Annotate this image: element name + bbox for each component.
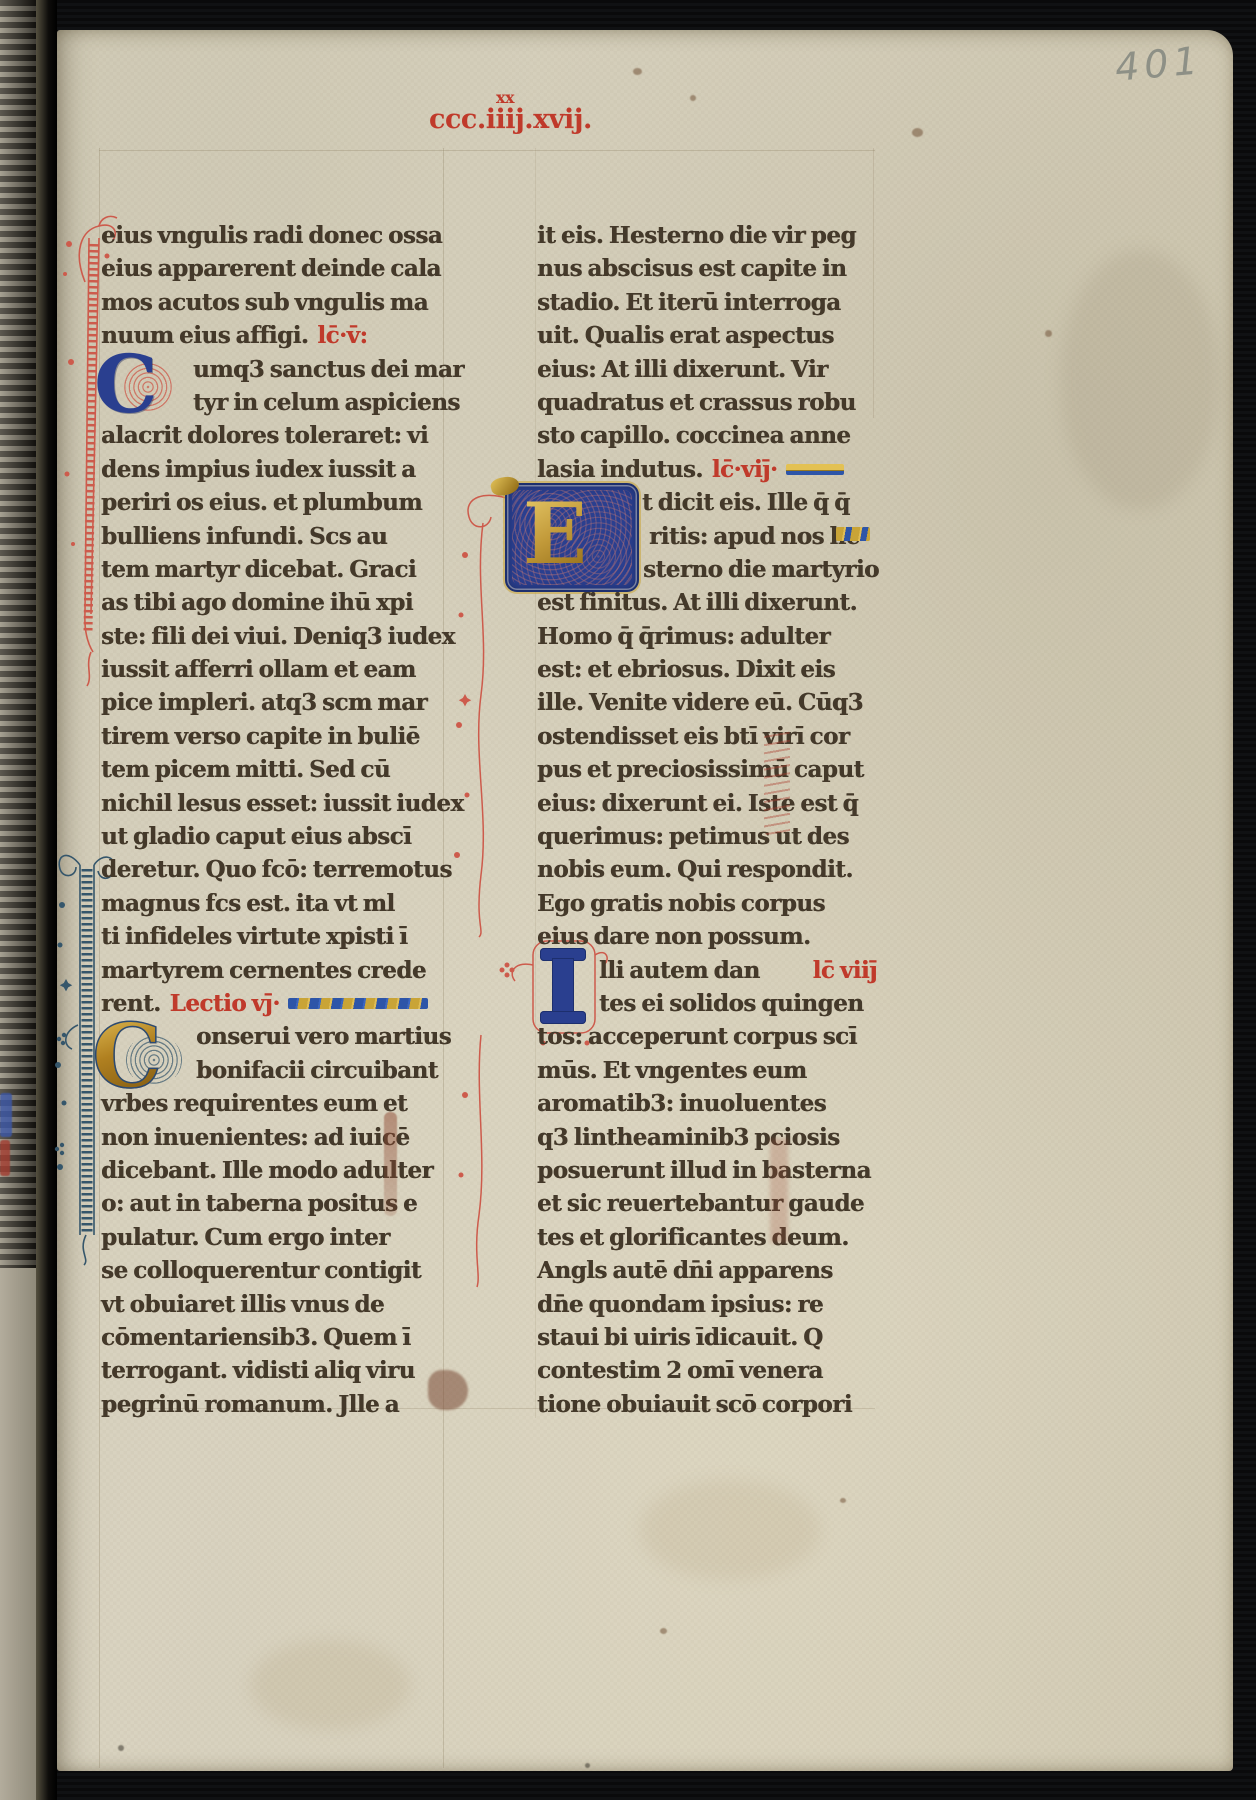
text-line: dn̄e quondam ipsius: re bbox=[537, 1288, 877, 1321]
gothic-text: eius apparerent deinde cala bbox=[101, 252, 441, 285]
heading-prefix: ccc. bbox=[429, 104, 486, 135]
facing-page-blue-initial-speck bbox=[0, 1093, 12, 1137]
text-line: nuum eius affigi.lc̄·v̄: bbox=[101, 319, 441, 352]
text-line: bulliens infundi. Scs au bbox=[101, 520, 441, 553]
manuscript-page: ccc. xx iiij .xvij. 401 bbox=[57, 30, 1233, 1771]
text-line: it eis. Hesterno die vir peg bbox=[537, 219, 877, 252]
text-line: rent.Lectio vj̄· bbox=[101, 987, 441, 1020]
text-line: posuerunt illud in basterna bbox=[537, 1154, 877, 1187]
gothic-text: alacrit dolores toleraret: vi bbox=[101, 419, 428, 452]
gothic-text: it eis. Hesterno die vir peg bbox=[537, 219, 856, 252]
gothic-text: onserui vero martius bbox=[196, 1020, 451, 1053]
gothic-text: est: et ebriosus. Dixit eis bbox=[537, 653, 835, 686]
gothic-text: q3 lintheaminib3 pciosis bbox=[537, 1121, 840, 1154]
text-line: nichil lesus esset: iussit iudex bbox=[101, 787, 441, 820]
text-line: contestim 2 omī venera bbox=[537, 1354, 877, 1387]
gothic-text: umq3 sanctus dei mar bbox=[193, 353, 464, 386]
gothic-text: periri os eius. et plumbum bbox=[101, 486, 422, 519]
gothic-text: sto capillo. coccinea anne bbox=[537, 419, 850, 452]
gothic-text: pice impleri. atq3 scm mar bbox=[101, 686, 427, 719]
gothic-text: nuum eius affigi. bbox=[101, 319, 308, 352]
text-line: o: aut in taberna positus e bbox=[101, 1187, 441, 1220]
text-line: Angls autē dn̄i apparens bbox=[537, 1254, 877, 1287]
gothic-text: tes et glorificantes deum. bbox=[537, 1221, 849, 1254]
gothic-text: cōmentariensib3. Quem ī bbox=[101, 1321, 411, 1354]
text-line: tione obuiauit scō corpori bbox=[537, 1388, 877, 1421]
text-line: sto capillo. coccinea anne bbox=[537, 419, 877, 452]
text-line: et sic reuertebantur gaude bbox=[537, 1187, 877, 1220]
gothic-text: deretur. Quo fcō: terremotus bbox=[101, 853, 452, 886]
gothic-text: aromatib3: inuoluentes bbox=[537, 1087, 826, 1120]
gothic-text: stadio. Et iterū interroga bbox=[537, 286, 841, 319]
text-line: periri os eius. et plumbum bbox=[101, 486, 441, 519]
text-line: alacrit dolores toleraret: vi bbox=[101, 419, 441, 452]
text-line: lasia indutus.lc̄·vij̄· bbox=[537, 453, 877, 486]
text-line: nus abscisus est capite in bbox=[537, 252, 877, 285]
gothic-text: dn̄e quondam ipsius: re bbox=[537, 1288, 823, 1321]
gothic-text: ut gladio caput eius abscī bbox=[101, 820, 411, 853]
text-line: cōmentariensib3. Quem ī bbox=[101, 1321, 441, 1354]
text-line: eius: At illi dixerunt. Vir bbox=[537, 353, 877, 386]
facing-pages-edge bbox=[0, 0, 57, 1800]
gothic-text: se colloquerentur contigit bbox=[101, 1254, 421, 1287]
gothic-text: tes ei solidos quingen bbox=[599, 987, 863, 1020]
stain-spot bbox=[585, 1763, 590, 1768]
text-line: bonifacii circuibant bbox=[101, 1054, 441, 1087]
gothic-text: dicebant. Ille modo adulter bbox=[101, 1154, 433, 1187]
text-line: est: et ebriosus. Dixit eis bbox=[537, 653, 877, 686]
stain-spot bbox=[118, 1745, 124, 1751]
text-line: uit. Qualis erat aspectus bbox=[537, 319, 877, 352]
text-line: nobis eum. Qui respondit. bbox=[537, 853, 877, 886]
text-line: non inuenientes: ad iuicē bbox=[101, 1121, 441, 1154]
parchment-discoloration bbox=[640, 1480, 820, 1580]
stain-spot bbox=[633, 68, 642, 75]
text-line: eius apparerent deinde cala bbox=[101, 252, 441, 285]
gothic-text: pulatur. Cum ergo inter bbox=[101, 1221, 390, 1254]
gothic-text: staui bi uiris īdicauit. Q bbox=[537, 1321, 823, 1354]
gothic-text: contestim 2 omī venera bbox=[537, 1354, 823, 1387]
page-number-heading: ccc. xx iiij .xvij. bbox=[429, 92, 592, 135]
text-column-left: eius vngulis radi donec ossaeius apparer… bbox=[101, 219, 441, 1421]
folio-number-pencil: 401 bbox=[1113, 38, 1204, 89]
gold-blue-filler-fragment bbox=[836, 527, 870, 541]
gothic-text: est finitus. At illi dixerunt. bbox=[537, 586, 857, 619]
gothic-text: ostendisset eis btī virī cor bbox=[537, 720, 849, 753]
text-line: tes et glorificantes deum. bbox=[537, 1221, 877, 1254]
gothic-text: t dicit eis. Ille q̄ q̄ bbox=[642, 486, 850, 519]
heading-superscript: xx bbox=[496, 92, 514, 104]
text-line: tos: acceperunt corpus scī bbox=[537, 1020, 877, 1053]
stain-spot bbox=[840, 1498, 846, 1503]
text-line: q3 lintheaminib3 pciosis bbox=[537, 1121, 877, 1154]
ruling-line bbox=[99, 150, 875, 151]
gothic-text: mūs. Et vngentes eum bbox=[537, 1054, 807, 1087]
facing-page-lower-edge bbox=[0, 1268, 36, 1800]
text-line: quadratus et crassus robu bbox=[537, 386, 877, 419]
gothic-text: eius vngulis radi donec ossa bbox=[101, 219, 442, 252]
line-filler bbox=[288, 998, 428, 1009]
line-filler bbox=[786, 464, 844, 475]
gothic-text: querimus: petimus ut des bbox=[537, 820, 849, 853]
heading-suffix: .xvij. bbox=[524, 104, 592, 135]
gothic-text: non inuenientes: ad iuicē bbox=[101, 1121, 409, 1154]
text-line: umq3 sanctus dei mar bbox=[101, 353, 441, 386]
text-line: tes ei solidos quingen bbox=[537, 987, 877, 1020]
heading-base: iiij bbox=[486, 104, 525, 135]
text-line: eius vngulis radi donec ossa bbox=[101, 219, 441, 252]
gothic-text: tione obuiauit scō corpori bbox=[537, 1388, 852, 1421]
gothic-text: vrbes requirentes eum et bbox=[101, 1087, 407, 1120]
text-line: mūs. Et vngentes eum bbox=[537, 1054, 877, 1087]
gothic-text: mos acutos sub vngulis ma bbox=[101, 286, 428, 319]
gothic-text: posuerunt illud in basterna bbox=[537, 1154, 871, 1187]
parchment-discoloration bbox=[1060, 250, 1220, 510]
gothic-text: terrogant. vidisti aliq viru bbox=[101, 1354, 415, 1387]
gothic-text: bonifacii circuibant bbox=[196, 1054, 438, 1087]
text-line: martyrem cernentes crede bbox=[101, 954, 441, 987]
gothic-text: tem picem mitti. Sed cū bbox=[101, 753, 390, 786]
text-line: dens impius iudex iussit a bbox=[101, 453, 441, 486]
gothic-text: quadratus et crassus robu bbox=[537, 386, 856, 419]
rubric: lc̄ viij̄ bbox=[813, 954, 877, 987]
text-line: lli autem danlc̄ viij̄ bbox=[537, 954, 877, 987]
stain-spot bbox=[1045, 330, 1052, 337]
text-line: tem martyr dicebat. Graci bbox=[101, 553, 441, 586]
text-line: as tibi ago domine ihū xpi bbox=[101, 586, 441, 619]
gothic-text: vt obuiaret illis vnus de bbox=[101, 1288, 384, 1321]
text-line: querimus: petimus ut des bbox=[537, 820, 877, 853]
gothic-text: eius: dixerunt ei. Iste est q̄ bbox=[537, 787, 858, 820]
text-line: sterno die martyrio bbox=[537, 553, 877, 586]
gothic-text: dens impius iudex iussit a bbox=[101, 453, 416, 486]
stain-spot bbox=[912, 128, 923, 137]
gothic-text: nus abscisus est capite in bbox=[537, 252, 846, 285]
text-line: onserui vero martius bbox=[101, 1020, 441, 1053]
text-line: ille. Venite videre eū. Cūq3 bbox=[537, 686, 877, 719]
text-line: eius dare non possum. bbox=[537, 920, 877, 953]
gothic-text: eius: At illi dixerunt. Vir bbox=[537, 353, 828, 386]
text-line: dicebant. Ille modo adulter bbox=[101, 1154, 441, 1187]
stain-spot bbox=[690, 95, 696, 101]
gothic-text: rent. bbox=[101, 987, 161, 1020]
gothic-text: bulliens infundi. Scs au bbox=[101, 520, 387, 553]
text-line: tem picem mitti. Sed cū bbox=[101, 753, 441, 786]
gothic-text: nichil lesus esset: iussit iudex bbox=[101, 787, 464, 820]
text-line: stadio. Et iterū interroga bbox=[537, 286, 877, 319]
gothic-text: ti infideles virtute xpisti ī bbox=[101, 920, 407, 953]
text-line: eius: dixerunt ei. Iste est q̄ bbox=[537, 787, 877, 820]
text-line: vt obuiaret illis vnus de bbox=[101, 1288, 441, 1321]
gothic-text: o: aut in taberna positus e bbox=[101, 1187, 417, 1220]
text-line: pice impleri. atq3 scm mar bbox=[101, 686, 441, 719]
gothic-text: Angls autē dn̄i apparens bbox=[537, 1254, 833, 1287]
rubric: lc̄·v̄: bbox=[317, 319, 367, 352]
gothic-text: et sic reuertebantur gaude bbox=[537, 1187, 864, 1220]
text-line: Homo q̄ q̄rimus: adulter bbox=[537, 620, 877, 653]
text-line: deretur. Quo fcō: terremotus bbox=[101, 853, 441, 886]
text-line: ti infideles virtute xpisti ī bbox=[101, 920, 441, 953]
text-line: mos acutos sub vngulis ma bbox=[101, 286, 441, 319]
text-line: ste: fili dei viui. Deniq3 iudex bbox=[101, 620, 441, 653]
text-line: aromatib3: inuoluentes bbox=[537, 1087, 877, 1120]
gothic-text: nobis eum. Qui respondit. bbox=[537, 853, 853, 886]
gothic-text: ritis: apud nos he bbox=[649, 520, 860, 553]
text-line: tyr in celum aspiciens bbox=[101, 386, 441, 419]
gothic-text: as tibi ago domine ihū xpi bbox=[101, 586, 413, 619]
text-line: tirem verso capite in buliē bbox=[101, 720, 441, 753]
gothic-text: ille. Venite videre eū. Cūq3 bbox=[537, 686, 863, 719]
gothic-text: tem martyr dicebat. Graci bbox=[101, 553, 416, 586]
gothic-text: tos: acceperunt corpus scī bbox=[537, 1020, 857, 1053]
text-line: ostendisset eis btī virī cor bbox=[537, 720, 877, 753]
gothic-text: magnus fcs est. ita vt ml bbox=[101, 887, 395, 920]
text-line: ut gladio caput eius abscī bbox=[101, 820, 441, 853]
text-line: pulatur. Cum ergo inter bbox=[101, 1221, 441, 1254]
gothic-text: iussit afferri ollam et eam bbox=[101, 653, 416, 686]
gothic-text: pus et preciosissimū caput bbox=[537, 753, 864, 786]
text-line: staui bi uiris īdicauit. Q bbox=[537, 1321, 877, 1354]
rubric: Lectio vj̄· bbox=[170, 987, 280, 1020]
rubric: lc̄·vij̄· bbox=[712, 453, 778, 486]
facing-page-text-rows bbox=[0, 0, 36, 1268]
text-line: Ego gratis nobis corpus bbox=[537, 887, 877, 920]
gothic-text: tyr in celum aspiciens bbox=[193, 386, 460, 419]
gothic-text: lli autem dan bbox=[599, 954, 760, 987]
stain-spot bbox=[660, 1628, 667, 1634]
text-line: terrogant. vidisti aliq viru bbox=[101, 1354, 441, 1387]
text-line: pus et preciosissimū caput bbox=[537, 753, 877, 786]
gothic-text: tirem verso capite in buliē bbox=[101, 720, 420, 753]
heading-superscript-stack: xx iiij bbox=[486, 92, 525, 135]
text-line: est finitus. At illi dixerunt. bbox=[537, 586, 877, 619]
gothic-text: sterno die martyrio bbox=[643, 553, 879, 586]
text-line: ritis: apud nos he bbox=[537, 520, 877, 553]
gothic-text: ste: fili dei viui. Deniq3 iudex bbox=[101, 620, 455, 653]
gothic-text: pegrinū romanum. Jlle a bbox=[101, 1388, 399, 1421]
text-column-right: it eis. Hesterno die vir pegnus abscisus… bbox=[537, 219, 877, 1421]
gothic-text: martyrem cernentes crede bbox=[101, 954, 426, 987]
text-line: iussit afferri ollam et eam bbox=[101, 653, 441, 686]
text-line: se colloquerentur contigit bbox=[101, 1254, 441, 1287]
gothic-text: Ego gratis nobis corpus bbox=[537, 887, 825, 920]
gothic-text: lasia indutus. bbox=[537, 453, 703, 486]
text-line: vrbes requirentes eum et bbox=[101, 1087, 441, 1120]
text-line: pegrinū romanum. Jlle a bbox=[101, 1388, 441, 1421]
text-line: t dicit eis. Ille q̄ q̄ bbox=[537, 486, 877, 519]
gothic-text: eius dare non possum. bbox=[537, 920, 810, 953]
gothic-text: uit. Qualis erat aspectus bbox=[537, 319, 834, 352]
gothic-text: Homo q̄ q̄rimus: adulter bbox=[537, 620, 830, 653]
facing-page-red-initial-speck bbox=[0, 1140, 10, 1176]
text-line: magnus fcs est. ita vt ml bbox=[101, 887, 441, 920]
parchment-discoloration bbox=[250, 1640, 410, 1730]
